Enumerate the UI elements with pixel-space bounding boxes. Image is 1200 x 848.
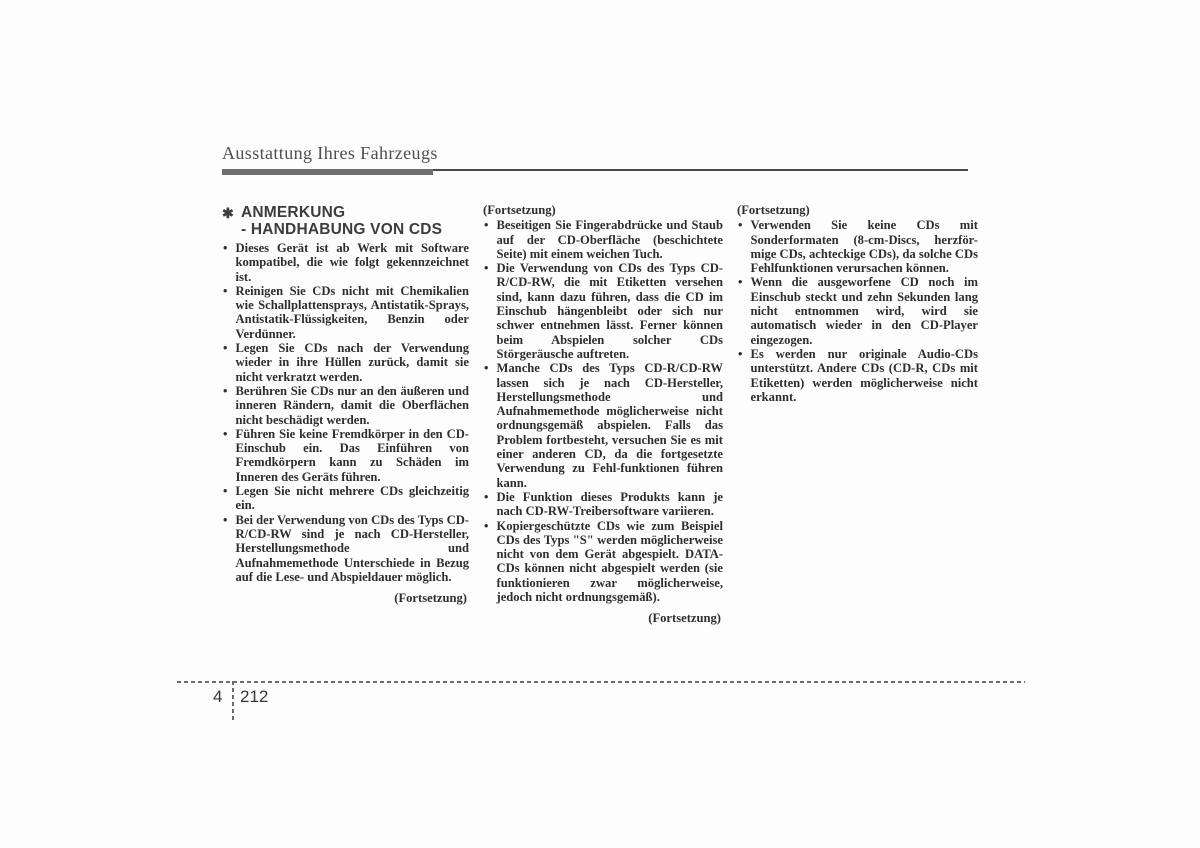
continuation-label: (Fortsetzung) xyxy=(737,203,978,217)
note-list-2: Beseitigen Sie Fingerabdrücke und Staub … xyxy=(483,218,723,604)
note-bullet-item: Verwenden Sie keine CDs mit Sonderformat… xyxy=(737,218,978,275)
note-bullet-item: Die Funktion dieses Produkts kann je nac… xyxy=(483,490,723,519)
note-bullet-item: Legen Sie nicht mehrere CDs gleichzeitig… xyxy=(222,484,469,513)
continuation-label: (Fortsetzung) xyxy=(483,203,723,217)
continuation-label: (Fortsetzung) xyxy=(483,611,723,625)
asterisk-icon: ✱ xyxy=(222,205,234,222)
note-bullet-item: Legen Sie CDs nach der Verwendung wieder… xyxy=(222,341,469,384)
continuation-label: (Fortsetzung) xyxy=(222,591,469,605)
note-bullet-item: Reinigen Sie CDs nicht mit Chemikalien w… xyxy=(222,284,469,341)
note-bullet-item: Kopiergeschützte CDs wie zum Beispiel CD… xyxy=(483,519,723,605)
note-list-3: Verwenden Sie keine CDs mit Sonderformat… xyxy=(737,218,978,404)
footer-vertical-dashed-line xyxy=(232,681,234,720)
header-rule-thin xyxy=(433,169,968,171)
footer-chapter-number: 4 xyxy=(213,687,222,707)
note-bullet-item: Wenn die ausgeworfene CD noch im Einschu… xyxy=(737,275,978,346)
header-rule-thick xyxy=(222,169,433,175)
note-title-line2: - HANDHABUNG VON CDS xyxy=(241,221,442,238)
footer-page-number: 212 xyxy=(240,687,268,707)
manual-page: Ausstattung Ihres Fahrzeugs ✱ ANMERKUNG … xyxy=(0,0,1200,848)
column-1: ✱ ANMERKUNG - HANDHABUNG VON CDS Dieses … xyxy=(222,203,469,605)
note-bullet-item: Führen Sie keine Fremdkörper in den CD-E… xyxy=(222,427,469,484)
note-bullet-item: Es werden nur originale Audio-CDs unters… xyxy=(737,347,978,404)
page-title: Ausstattung Ihres Fahrzeugs xyxy=(222,143,438,164)
column-2: (Fortsetzung) Beseitigen Sie Fingerabdrü… xyxy=(483,203,723,626)
note-title-line1: ANMERKUNG xyxy=(241,204,345,221)
note-bullet-item: Dieses Gerät ist ab Werk mit Software ko… xyxy=(222,241,469,284)
column-3: (Fortsetzung) Verwenden Sie keine CDs mi… xyxy=(737,203,978,404)
note-list-1: Dieses Gerät ist ab Werk mit Software ko… xyxy=(222,241,469,584)
note-bullet-item: Berühren Sie CDs nur an den äußeren und … xyxy=(222,384,469,427)
note-bullet-item: Die Verwendung von CDs des Typs CD-R/CD-… xyxy=(483,261,723,361)
note-bullet-item: Beseitigen Sie Fingerabdrücke und Staub … xyxy=(483,218,723,261)
note-title: ✱ ANMERKUNG - HANDHABUNG VON CDS xyxy=(222,204,469,238)
note-bullet-item: Manche CDs des Typs CD-R/CD-RW lassen si… xyxy=(483,361,723,490)
note-bullet-item: Bei der Verwendung von CDs des Typs CD-R… xyxy=(222,513,469,584)
footer-dashed-line xyxy=(177,681,1025,683)
